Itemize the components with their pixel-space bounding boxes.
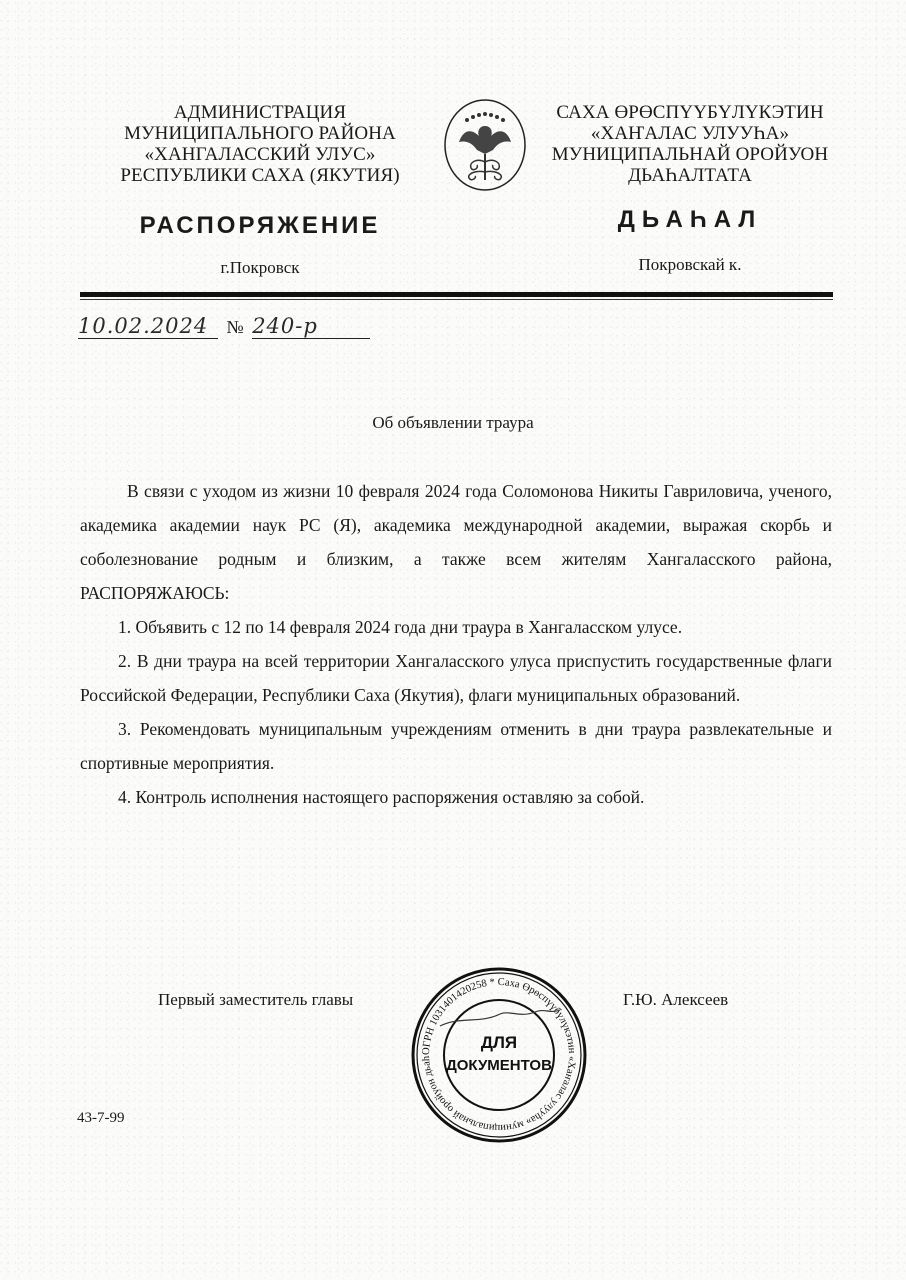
header-right-line: МУНИЦИПАЛЬНАЙ ОРОЙУОН (535, 144, 845, 165)
header-right-line: ДЬАҺАЛТАТА (535, 165, 845, 186)
footer-phone: 43-7-99 (77, 1110, 125, 1127)
signatory-name: Г.Ю. Алексеев (623, 990, 728, 1010)
official-stamp: ОГРН 1031401420258 * Саха Өрөспүүбүлүкэт… (410, 966, 588, 1144)
header-left-line: «ХАНГАЛАССКИЙ УЛУС» (100, 144, 420, 165)
preamble-paragraph: В связи с уходом из жизни 10 февраля 202… (80, 474, 832, 610)
place-ru: г.Покровск (100, 258, 420, 278)
signatory-position: Первый заместитель главы (158, 990, 353, 1010)
document-type-ru: РАСПОРЯЖЕНИЕ (100, 212, 420, 240)
order-item-3: 3. Рекомендовать муниципальным учреждени… (80, 712, 832, 780)
document-type-sakha: ДЬАҺАЛ (535, 206, 845, 234)
place-sakha: Покровскай к. (535, 255, 845, 275)
header-right-line: САХА ӨРӨСПҮҮБҮЛҮКЭТИН (535, 102, 845, 123)
header-left-line: МУНИЦИПАЛЬНОГО РАЙОНА (100, 123, 420, 144)
header-left-line: РЕСПУБЛИКИ САХА (ЯКУТИЯ) (100, 165, 420, 186)
order-item-2: 2. В дни траура на всей территории Ханга… (80, 644, 832, 712)
registration-date: 10.02.2024 (78, 314, 218, 339)
document-body: В связи с уходом из жизни 10 февраля 202… (80, 474, 832, 814)
stamp-center-line1: ДЛЯ (481, 1033, 517, 1052)
coat-of-arms-emblem-icon (443, 98, 527, 192)
header-right-organization: САХА ӨРӨСПҮҮБҮЛҮКЭТИН «ХАҤАЛАС УЛУУҺА» М… (535, 102, 845, 186)
header-divider (80, 292, 833, 300)
order-item-1: 1. Объявить с 12 по 14 февраля 2024 года… (80, 610, 832, 644)
number-sign: № (227, 317, 244, 337)
header-left-line: АДМИНИСТРАЦИЯ (100, 102, 420, 123)
stamp-center-line2: ДОКУМЕНТОВ (446, 1057, 552, 1074)
registration-line: 10.02.2024 № 240-р (78, 314, 370, 339)
document-title: Об объявлении траура (0, 413, 906, 433)
header-left-organization: АДМИНИСТРАЦИЯ МУНИЦИПАЛЬНОГО РАЙОНА «ХАН… (100, 102, 420, 186)
order-item-4: 4. Контроль исполнения настоящего распор… (80, 780, 832, 814)
header-right-line: «ХАҤАЛАС УЛУУҺА» (535, 123, 845, 144)
registration-number: 240-р (252, 314, 370, 339)
